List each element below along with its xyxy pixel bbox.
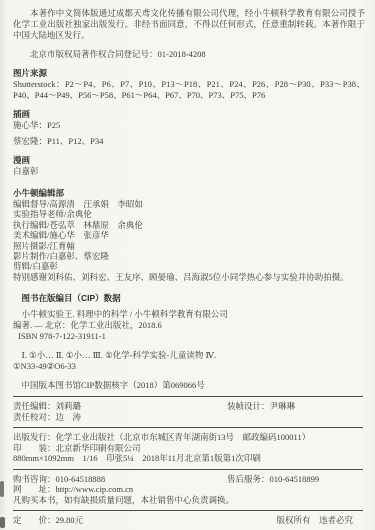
divider bbox=[13, 396, 363, 397]
cip-classification-line-2: ①N33-49②O6-33 bbox=[13, 361, 365, 372]
publishing-block: 出版发行：化学工业出版社（北京市东城区青年湖南街13号 邮政编码100011） … bbox=[13, 432, 365, 464]
price-row: 定 价：29.80元 版权所有 违者必究 bbox=[13, 515, 365, 526]
staff-line: 执行编辑/苍弘萃 林鼎原 余典伦 bbox=[13, 220, 365, 230]
editorial-staff-list: 编辑督导/高源清 汪承娟 李昭如 实验指导老师/余典伦 执行编辑/苍弘萃 林鼎原… bbox=[13, 199, 365, 282]
illustration-credit-1: 施心华：P25 bbox=[13, 120, 365, 131]
cip-publisher-line: 编著. — 北京：化学工业出版社，2018.6 bbox=[13, 320, 365, 331]
cip-isbn: ISBN 978-7-122-31911-1 bbox=[13, 331, 365, 342]
all-rights-reserved: 版权所有 违者必究 bbox=[276, 515, 365, 526]
staff-line: 影片制作/白嘉彰、蔡宏隆 bbox=[13, 251, 365, 261]
section-heading-editorial-dept: 小牛顿编辑部 bbox=[13, 188, 365, 199]
after-sales-hotline: 售后服务：010-64518899 bbox=[227, 474, 365, 485]
divider bbox=[13, 469, 363, 470]
registration-number: 北京市版权局著作权合同登记号：01-2018-4208 bbox=[13, 49, 365, 60]
publisher-line: 出版发行：化学工业出版社（北京市东城区青年湖南街13号 邮政编码100011） bbox=[13, 432, 365, 443]
responsible-editor: 责任编辑：刘莉璐 bbox=[13, 401, 81, 412]
scan-artifact-mark bbox=[0, 517, 5, 528]
contact-block: 网 址：http://www.cip.com.cn 凡购买本书，如有缺损质量问题… bbox=[13, 484, 365, 505]
section-heading-comic: 漫画 bbox=[13, 155, 365, 166]
divider bbox=[13, 510, 363, 511]
license-notice: 本著作中文简体版通过成都天鸢文化传播有限公司代理，经小牛顿科学教育有限公司授予化… bbox=[13, 8, 365, 41]
purchase-hotline: 购书咨询：010-64518888 bbox=[13, 474, 105, 485]
staff-line: 实验指导老师/余典伦 bbox=[13, 209, 365, 219]
cip-record-number: 中国版本图书馆CIP数据核字（2018）第069066号 bbox=[13, 380, 365, 391]
proofreader-row: 责任校对：边 涛 bbox=[13, 412, 365, 423]
staff-line: 编辑督导/高源清 汪承娟 李昭如 bbox=[13, 199, 365, 209]
cip-title-line: 小牛顿实验王. 料理中的科学 / 小牛顿科学教育有限公司 bbox=[13, 309, 365, 320]
website-url: 网 址：http://www.cip.com.cn bbox=[13, 484, 365, 495]
special-thanks: 特别感谢刘科佑、刘科宏、王友序、顾晏瑜、吕海淑5位小同学热心参与实验并协助拍摄。 bbox=[13, 272, 365, 282]
staff-line: 照片摄影/江育翰 bbox=[13, 241, 365, 251]
scan-artifact-mark bbox=[0, 481, 4, 497]
phone-row: 购书咨询：010-64518888 售后服务：010-64518899 bbox=[13, 474, 365, 485]
responsible-staff-row: 责任编辑：刘莉璐 装帧设计：尹琳琳 bbox=[13, 401, 365, 412]
responsible-proofreader: 责任校对：边 涛 bbox=[13, 412, 365, 423]
format-printing-line: 880mm×1092mm 1/16 印张5¼ 2018年11月北京第1版第1次印… bbox=[13, 453, 365, 464]
staff-line: 美术编辑/施心华 张彦华 bbox=[13, 230, 365, 240]
binding-designer: 装帧设计：尹琳琳 bbox=[227, 401, 365, 412]
shutterstock-credits: Shutterstock：P2～P4、P6、P7、P10、P13～P18、P21… bbox=[13, 79, 365, 101]
list-price: 定 价：29.80元 bbox=[13, 515, 83, 526]
divider bbox=[13, 427, 363, 428]
printer-line: 印 装：北京新华印刷有限公司 bbox=[13, 443, 365, 454]
book-copyright-page: 本著作中文简体版通过成都天鸢文化传播有限公司代理，经小牛顿科学教育有限公司授予化… bbox=[0, 0, 375, 530]
section-heading-image-source: 图片来源 bbox=[13, 68, 365, 79]
exchange-policy-note: 凡购买本书，如有缺损质量问题，本社销售中心负责调换。 bbox=[13, 495, 365, 506]
section-heading-illustration: 插画 bbox=[13, 109, 365, 120]
staff-line: 剪辑/白嘉彰 bbox=[13, 261, 365, 271]
cip-classification-line-1: Ⅰ. ①小… Ⅱ. ①小… Ⅲ. ①化学-科学实验-儿童读物 Ⅳ. bbox=[13, 350, 365, 361]
illustration-credit-2: 蔡宏隆：P11、P12、P34 bbox=[13, 136, 365, 147]
comic-credit: 白嘉彰 bbox=[13, 166, 365, 177]
section-heading-cip: 图书在版编目（CIP）数据 bbox=[13, 293, 365, 304]
